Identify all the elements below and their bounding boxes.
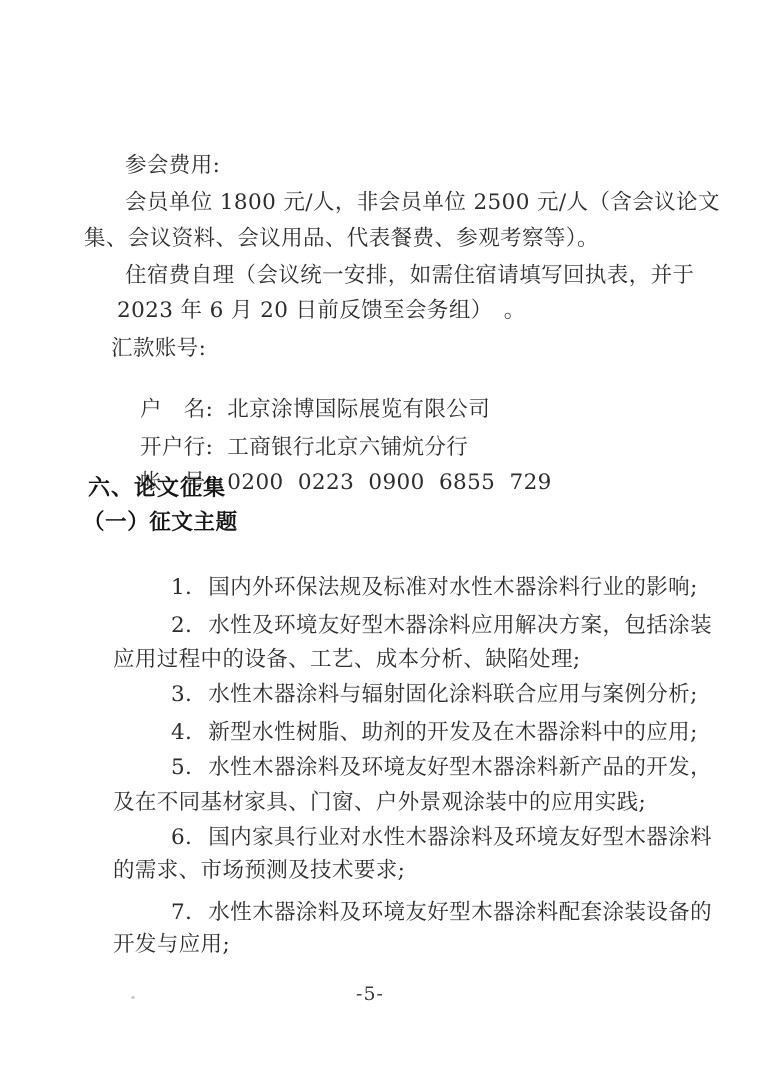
document-page: 参会费用: 会员单位 1800 元/人，非会员单位 2500 元/人（含会议论文… bbox=[0, 0, 760, 1074]
page-number: -5- bbox=[0, 983, 740, 1005]
topic-text: 水性木器涂料及环境友好型木器涂料配套涂装设备的 bbox=[208, 900, 712, 925]
fees-line-1: 会员单位 1800 元/人，非会员单位 2500 元/人（含会议论文 bbox=[125, 189, 720, 216]
topic-line-7-continuation: 开发与应用; bbox=[84, 904, 230, 985]
section-heading: 六、论文征集 bbox=[88, 475, 226, 502]
lodging-line-2: 2023 年 6 月 20 日前反馈至会务组） 。 bbox=[117, 297, 526, 324]
subsection-heading: （一）征文主题 bbox=[83, 509, 238, 536]
fees-line-2: 集、会议资料、会议用品、代表餐费、参观考察等）。 bbox=[84, 225, 599, 252]
fees-heading: 参会费用: bbox=[125, 152, 220, 179]
topic-text: 开发与应用; bbox=[113, 932, 230, 957]
remittance-heading: 汇款账号: bbox=[111, 335, 206, 362]
account-number-value: 0200 0223 0900 6855 729 bbox=[227, 470, 551, 495]
lodging-line-1: 住宿费自理（会议统一安排，如需住宿请填写回执表，并于 bbox=[125, 262, 694, 289]
